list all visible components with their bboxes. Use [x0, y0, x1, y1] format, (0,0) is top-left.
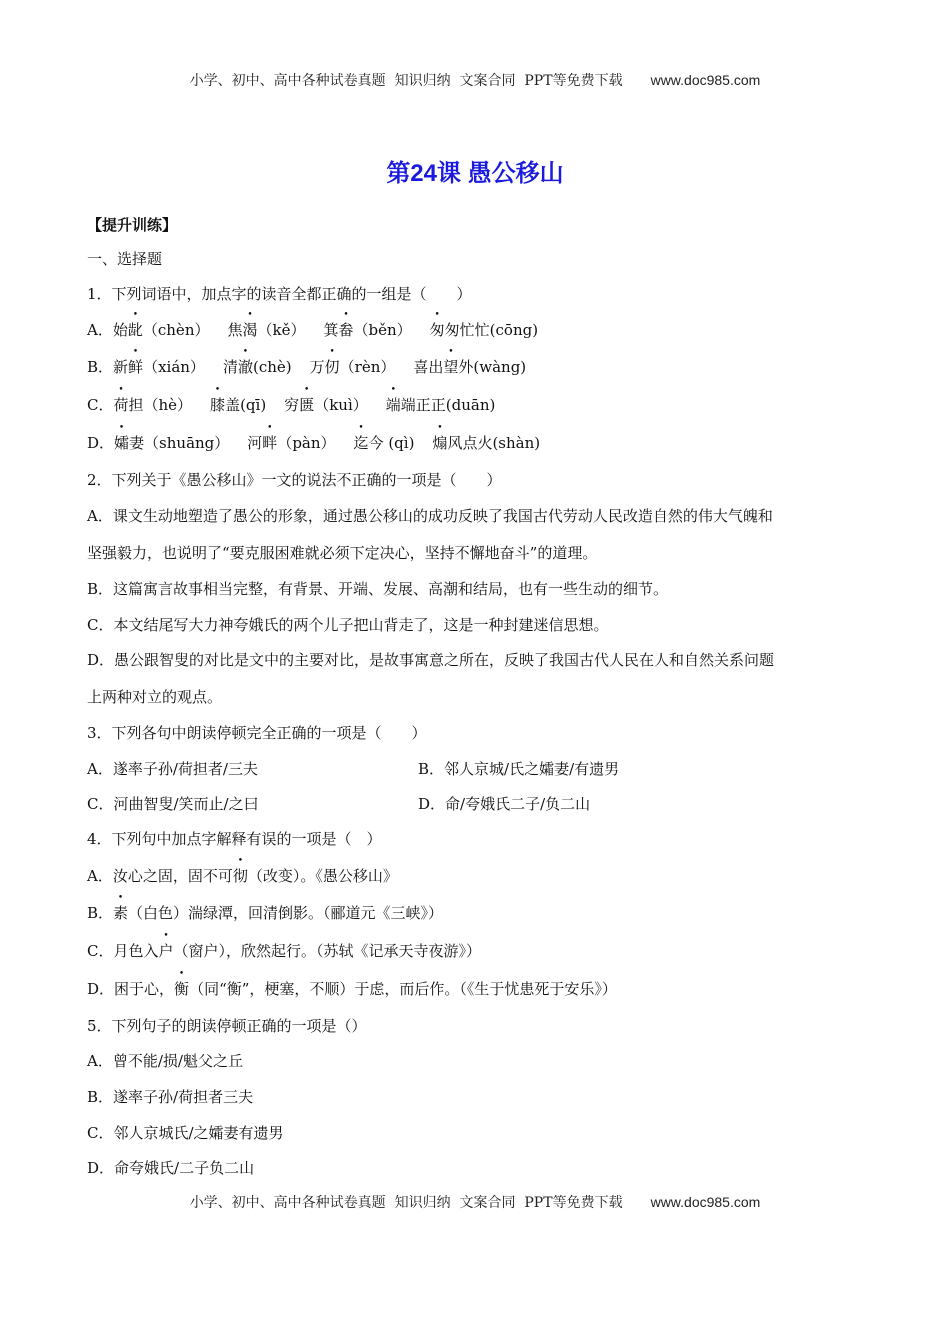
emphasis-dot-char: 素: [113, 904, 128, 922]
question-5-option-a: A．曾不能/损/魁父之丘: [87, 1051, 243, 1071]
emphasis-dot-char: 衡: [174, 980, 189, 998]
emphasis-dot-char: 匆: [430, 321, 445, 339]
page-header: 小学、初中、高中各种试卷真题 知识归纳 文案合同 PPT等免费下载www.doc…: [0, 70, 950, 90]
emphasis-dot-char: 仞: [325, 358, 340, 376]
question-2-option-b: B．这篇寓言故事相当完整，有背景、开端、发展、高潮和结局，也有一些生动的细节。: [87, 579, 668, 599]
page-title: 第24课 愚公移山: [0, 153, 950, 188]
emphasis-dot-char: 渴: [243, 321, 258, 339]
emphasis-dot-char: 匮: [299, 396, 314, 414]
question-3-option-d: D．命/夸娥氏二子/负二山: [418, 794, 590, 814]
emphasis-dot-char: 望: [443, 358, 458, 376]
question-2-option-c: C．本文结尾写大力神夸娥氏的两个儿子把山背走了，这是一种封建迷信思想。: [87, 615, 609, 635]
question-5-option-b: B．遂率子孙/荷担者三夫: [87, 1087, 253, 1107]
emphasis-dot-char: 孀: [114, 434, 129, 452]
question-3-stem: 3．下列各句中朗读停顿完全正确的一项是（ ）: [87, 723, 427, 743]
question-5-option-d: D．命夸娥氏/二子负二山: [87, 1158, 254, 1178]
footer-text: 小学、初中、高中各种试卷真题 知识归纳 文案合同 PPT等免费下载: [190, 1195, 623, 1211]
question-2-stem: 2．下列关于《愚公移山》一文的说法不正确的一项是（ ）: [87, 470, 502, 490]
emphasis-dot-char: 龀: [128, 321, 143, 339]
emphasis-dot-char: 膝: [210, 396, 225, 414]
emphasis-dot-char: 煽: [432, 434, 447, 452]
emphasis-dot-char: 澈: [238, 358, 253, 376]
question-2-option-d-line2: 上两种对立的观点。: [87, 687, 222, 707]
header-text: 小学、初中、高中各种试卷真题 知识归纳 文案合同 PPT等免费下载: [190, 73, 623, 89]
question-3-option-b: B．邻人京城/氏之孀妻/有遗男: [418, 759, 619, 779]
emphasis-dot-char: 畔: [262, 434, 277, 452]
footer-url: www.doc985.com: [651, 1194, 761, 1210]
part-label: 一、选择题: [87, 249, 162, 269]
question-1-stem: 1．下列词语中，加点字的读音全都正确的一组是（ ）: [87, 284, 472, 304]
question-4-stem: 4．下列句中加点字解释有误的一项是（ ）: [87, 829, 382, 849]
question-1-option-b: B．新鲜（xián）清澈(chè)万仞（rèn）喜出望外(wàng): [87, 357, 526, 377]
question-1-option-a: A．始龀（chèn）焦渴（kě）箕畚（běn）匆匆忙忙(cōng): [87, 320, 538, 340]
emphasis-dot-char: 迄: [354, 434, 369, 452]
question-3-option-a: A．遂率子孙/荷担者/三夫: [87, 759, 258, 779]
emphasis-dot-char: 端: [386, 396, 401, 414]
question-5-option-c: C．邻人京城氏/之孀妻有遗男: [87, 1123, 284, 1143]
question-4-option-c: C．月色入户（窗户），欣然起行。（苏轼《记承天寺夜游》）: [87, 941, 481, 961]
question-3-option-c: C．河曲智叟/笑而止/之曰: [87, 794, 259, 814]
emphasis-dot-char: 户: [159, 942, 174, 960]
question-1-option-c: C．荷担（hè）膝盖(qī)穷匮（kuì）端端正正(duān): [87, 395, 495, 415]
header-url: www.doc985.com: [651, 72, 761, 88]
section-label: 【提升训练】: [87, 215, 177, 235]
emphasis-dot-char: 鲜: [128, 358, 143, 376]
page-footer: 小学、初中、高中各种试卷真题 知识归纳 文案合同 PPT等免费下载www.doc…: [0, 1192, 950, 1212]
question-2-option-d-line1: D．愚公跟智叟的对比是文中的主要对比，是故事寓意之所在，反映了我国古代人民在人和…: [87, 650, 774, 670]
question-5-stem: 5．下列句子的朗读停顿正确的一项是（）: [87, 1016, 367, 1036]
question-4-option-b: B．素（白色）湍绿潭，回清倒影。（郦道元《三峡》）: [87, 903, 443, 923]
question-1-option-d: D．孀妻（shuāng）河畔（pàn）迄今 (qì)煽风点火(shàn): [87, 433, 540, 453]
question-2-option-a-line2: 坚强毅力，也说明了“要克服困难就必须下定决心，坚持不懈地奋斗”的道理。: [87, 543, 597, 563]
question-4-option-d: D．困于心，衡（同“衡”，梗塞，不顺）于虑，而后作。（《生于忧患死于安乐》）: [87, 979, 617, 999]
emphasis-dot-char: 荷: [113, 396, 128, 414]
emphasis-dot-char: 彻: [233, 867, 248, 885]
question-2-option-a-line1: A．课文生动地塑造了愚公的形象，通过愚公移山的成功反映了我国古代劳动人民改造自然…: [87, 506, 773, 526]
question-4-option-a: A．汝心之固，固不可彻（改变）。《愚公移山》: [87, 866, 398, 886]
emphasis-dot-char: 畚: [339, 321, 354, 339]
